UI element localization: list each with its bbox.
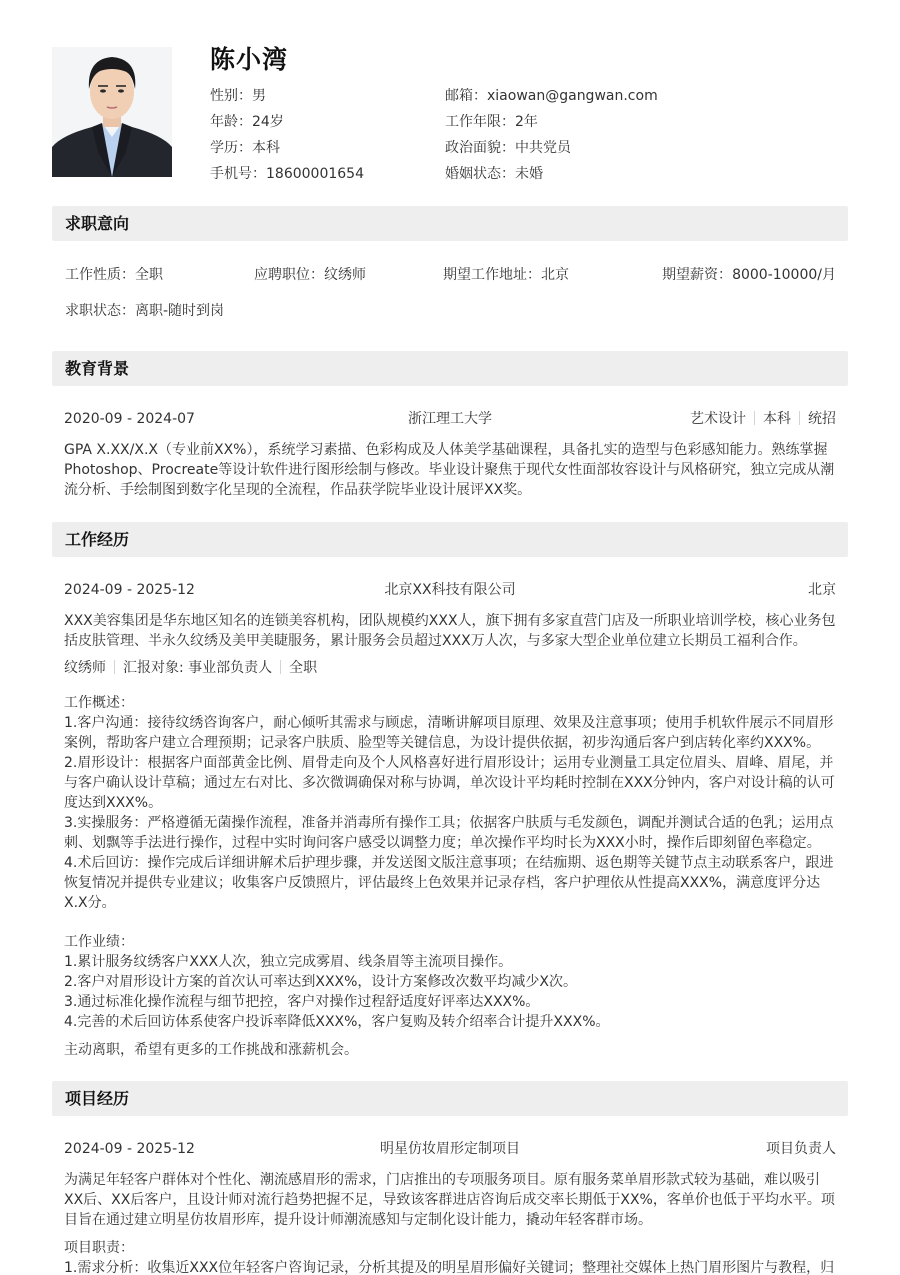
marital-status-row: 婚姻状态：未婚 (445, 161, 658, 187)
position-value: 纹绣师 (324, 267, 366, 283)
status-label: 求职状态： (65, 303, 135, 319)
text-line: X.X分。 (64, 893, 836, 913)
achievements-title: 工作业绩： (64, 932, 836, 952)
email-value: xiaowan@gangwan.com (487, 88, 658, 104)
text-line: XX后、XX后客户，且设计师对流行趋势把握不足，导致该客群进店咨询后成交率长期低… (64, 1190, 836, 1210)
salary-value: 8000-10000/月 (732, 267, 836, 283)
text-line: Photoshop、Procreate等设计软件进行图形绘制与修改。毕业设计聚焦… (64, 460, 836, 480)
project-intro: 为满足年轻客户群体对个性化、潮流感眉形的需求，门店推出的专项服务项目。原有服务菜… (64, 1170, 836, 1230)
intent-job-type: 工作性质：全职 (65, 265, 163, 285)
marital-status-label: 婚姻状态： (445, 166, 515, 182)
text-line: 案例，帮助客户建立合理预期；记录客户肤质、脸型等关键信息，为设计提供依据，初步沟… (64, 733, 836, 753)
report-to-tag: 汇报对象: 事业部负责人 (123, 660, 272, 676)
job-title-tag: 纹绣师 (64, 660, 106, 676)
age-label: 年龄： (210, 114, 252, 130)
age-row: 年龄：24岁 (210, 109, 364, 135)
text-line: 流分析、手绘制图到数字化呈现的全流程，作品获学院毕业设计展评XX奖。 (64, 480, 836, 500)
text-line: 刺、划飘等手法进行操作，过程中实时询问客户感受以调整力度；单次操作平均时长为XX… (64, 833, 836, 853)
text-line: 目旨在通过建立明星仿妆眉形库，提升设计师潮流感知与定制化设计能力，撬动年轻客群市… (64, 1210, 836, 1230)
intent-location: 期望工作地址：北京 (443, 265, 569, 285)
project-role: 项目负责人 (766, 1139, 836, 1159)
text-line: 2.客户对眉形设计方案的首次认可率达到XXX%，设计方案修改次数平均减少X次。 (64, 972, 836, 992)
degree-tag: 本科 (763, 411, 791, 427)
phone-label: 手机号： (210, 166, 266, 182)
section-title-work: 工作经历 (52, 522, 848, 557)
section-title-intent: 求职意向 (52, 206, 848, 241)
work-overview: 工作概述： 1.客户沟通：接待纹绣咨询客户，耐心倾听其需求与顾虑，清晰讲解项目原… (64, 693, 836, 913)
education-header-row: 2020-09 - 2024-07 浙江理工大学 艺术设计本科统招 (64, 409, 836, 429)
degree-row: 学历：本科 (210, 135, 364, 161)
basic-info-left: 性别：男 年龄：24岁 学历：本科 手机号：18600001654 (210, 83, 364, 187)
candidate-name: 陈小湾 (210, 40, 288, 76)
project-duties: 项目职责： 1.需求分析：收集近XXX位年轻客户咨询记录，分析其提及的明星眉形偏… (64, 1238, 836, 1275)
text-line: 2.眉形设计：根据客户面部黄金比例、眉骨走向及个人风格喜好进行眉形设计；运用专业… (64, 753, 836, 773)
leave-reason: 主动离职，希望有更多的工作挑战和涨薪机会。 (64, 1040, 836, 1060)
gender-value: 男 (252, 88, 266, 104)
work-company: 北京XX科技有限公司 (64, 580, 836, 600)
email-label: 邮箱： (445, 88, 487, 104)
text-line: 与客户确认设计草稿；通过左右对比、多次微调确保对称与协调，单次设计平均耗时控制在… (64, 773, 836, 793)
text-line: 4.术后回访：操作完成后详细讲解术后护理步骤，并发送图文版注意事项；在结痂期、返… (64, 853, 836, 873)
salary-label: 期望薪资： (662, 267, 732, 283)
section-title-project: 项目经历 (52, 1081, 848, 1116)
text-line: 恢复情况并提供专业建议；收集客户反馈照片，评估最终上色效果并记录存档，客户护理依… (64, 873, 836, 893)
divider (799, 411, 800, 425)
major-tag: 艺术设计 (690, 411, 746, 427)
duties-title: 项目职责： (64, 1238, 836, 1258)
intent-position: 应聘职位：纹绣师 (254, 265, 366, 285)
position-label: 应聘职位： (254, 267, 324, 283)
company-intro: XXX美容集团是华东地区知名的连锁美容机构，团队规模约XXX人，旗下拥有多家直营… (64, 611, 836, 651)
experience-years-label: 工作年限： (445, 114, 515, 130)
education-tags: 艺术设计本科统招 (690, 409, 836, 429)
text-line: 3.实操服务：严格遵循无菌操作流程，准备并消毒所有操作工具；依据客户肤质与毛发颜… (64, 813, 836, 833)
enrollment-tag: 统招 (808, 411, 836, 427)
text-line: 度达到XXX%。 (64, 793, 836, 813)
text-line: 为满足年轻客户群体对个性化、潮流感眉形的需求，门店推出的专项服务项目。原有服务菜… (64, 1170, 836, 1190)
divider (754, 411, 755, 425)
divider (114, 660, 115, 674)
intent-salary: 期望薪资：8000-10000/月 (662, 265, 836, 285)
divider (280, 660, 281, 674)
location-label: 期望工作地址： (443, 267, 541, 283)
project-header-row: 2024-09 - 2025-12 明星仿妆眉形定制项目 项目负责人 (64, 1139, 836, 1159)
work-header-row: 2024-09 - 2025-12 北京XX科技有限公司 北京 (64, 580, 836, 600)
work-location: 北京 (808, 580, 836, 600)
education-description: GPA X.XX/X.X（专业前XX%），系统学习素描、色彩构成及人体美学基础课… (64, 440, 836, 500)
work-achievements: 工作业绩： 1.累计服务纹绣客户XXX人次，独立完成雾眉、线条眉等主流项目操作。… (64, 932, 836, 1032)
marital-status-value: 未婚 (515, 166, 543, 182)
intent-status: 求职状态：离职-随时到岗 (65, 301, 224, 321)
portrait-icon (52, 47, 172, 177)
section-title-education: 教育背景 (52, 351, 848, 386)
gender-row: 性别：男 (210, 83, 364, 109)
text-line: 括皮肤管理、半永久纹绣及美甲美睫服务，累计服务会员超过XXX万人次，与多家大型企… (64, 631, 836, 651)
experience-years-value: 2年 (515, 114, 538, 130)
profile-header: 陈小湾 性别：男 年龄：24岁 学历：本科 手机号：18600001654 邮箱… (52, 40, 848, 180)
location-value: 北京 (541, 267, 569, 283)
status-value: 离职-随时到岗 (135, 303, 224, 319)
job-type-label: 工作性质： (65, 267, 135, 283)
text-line: GPA X.XX/X.X（专业前XX%），系统学习素描、色彩构成及人体美学基础课… (64, 440, 836, 460)
overview-title: 工作概述： (64, 693, 836, 713)
text-line: 3.通过标准化操作流程与细节把控，客户对操作过程舒适度好评率达XXX%。 (64, 992, 836, 1012)
degree-value: 本科 (252, 140, 280, 156)
experience-years-row: 工作年限：2年 (445, 109, 658, 135)
political-status-value: 中共党员 (515, 140, 571, 156)
avatar-photo (52, 47, 172, 177)
email-row: 邮箱：xiaowan@gangwan.com (445, 83, 658, 109)
age-value: 24岁 (252, 114, 284, 130)
text-line: 1.累计服务纹绣客户XXX人次，独立完成雾眉、线条眉等主流项目操作。 (64, 952, 836, 972)
phone-value: 18600001654 (266, 166, 364, 182)
text-line: XXX美容集团是华东地区知名的连锁美容机构，团队规模约XXX人，旗下拥有多家直营… (64, 611, 836, 631)
text-line: 1.需求分析：收集近XXX位年轻客户咨询记录，分析其提及的明星眉形偏好关键词；整… (64, 1258, 836, 1275)
work-tags: 纹绣师汇报对象: 事业部负责人全职 (64, 658, 836, 678)
basic-info-right: 邮箱：xiaowan@gangwan.com 工作年限：2年 政治面貌：中共党员… (445, 83, 658, 187)
gender-label: 性别： (210, 88, 252, 104)
text-line: 4.完善的术后回访体系使客户投诉率降低XXX%，客户复购及转介绍率合计提升XXX… (64, 1012, 836, 1032)
job-type-value: 全职 (135, 267, 163, 283)
project-name: 明星仿妆眉形定制项目 (64, 1139, 836, 1159)
political-status-label: 政治面貌： (445, 140, 515, 156)
employment-type-tag: 全职 (289, 660, 317, 676)
degree-label: 学历： (210, 140, 252, 156)
text-line: 1.客户沟通：接待纹绣咨询客户，耐心倾听其需求与顾虑，清晰讲解项目原理、效果及注… (64, 713, 836, 733)
phone-row: 手机号：18600001654 (210, 161, 364, 187)
political-status-row: 政治面貌：中共党员 (445, 135, 658, 161)
